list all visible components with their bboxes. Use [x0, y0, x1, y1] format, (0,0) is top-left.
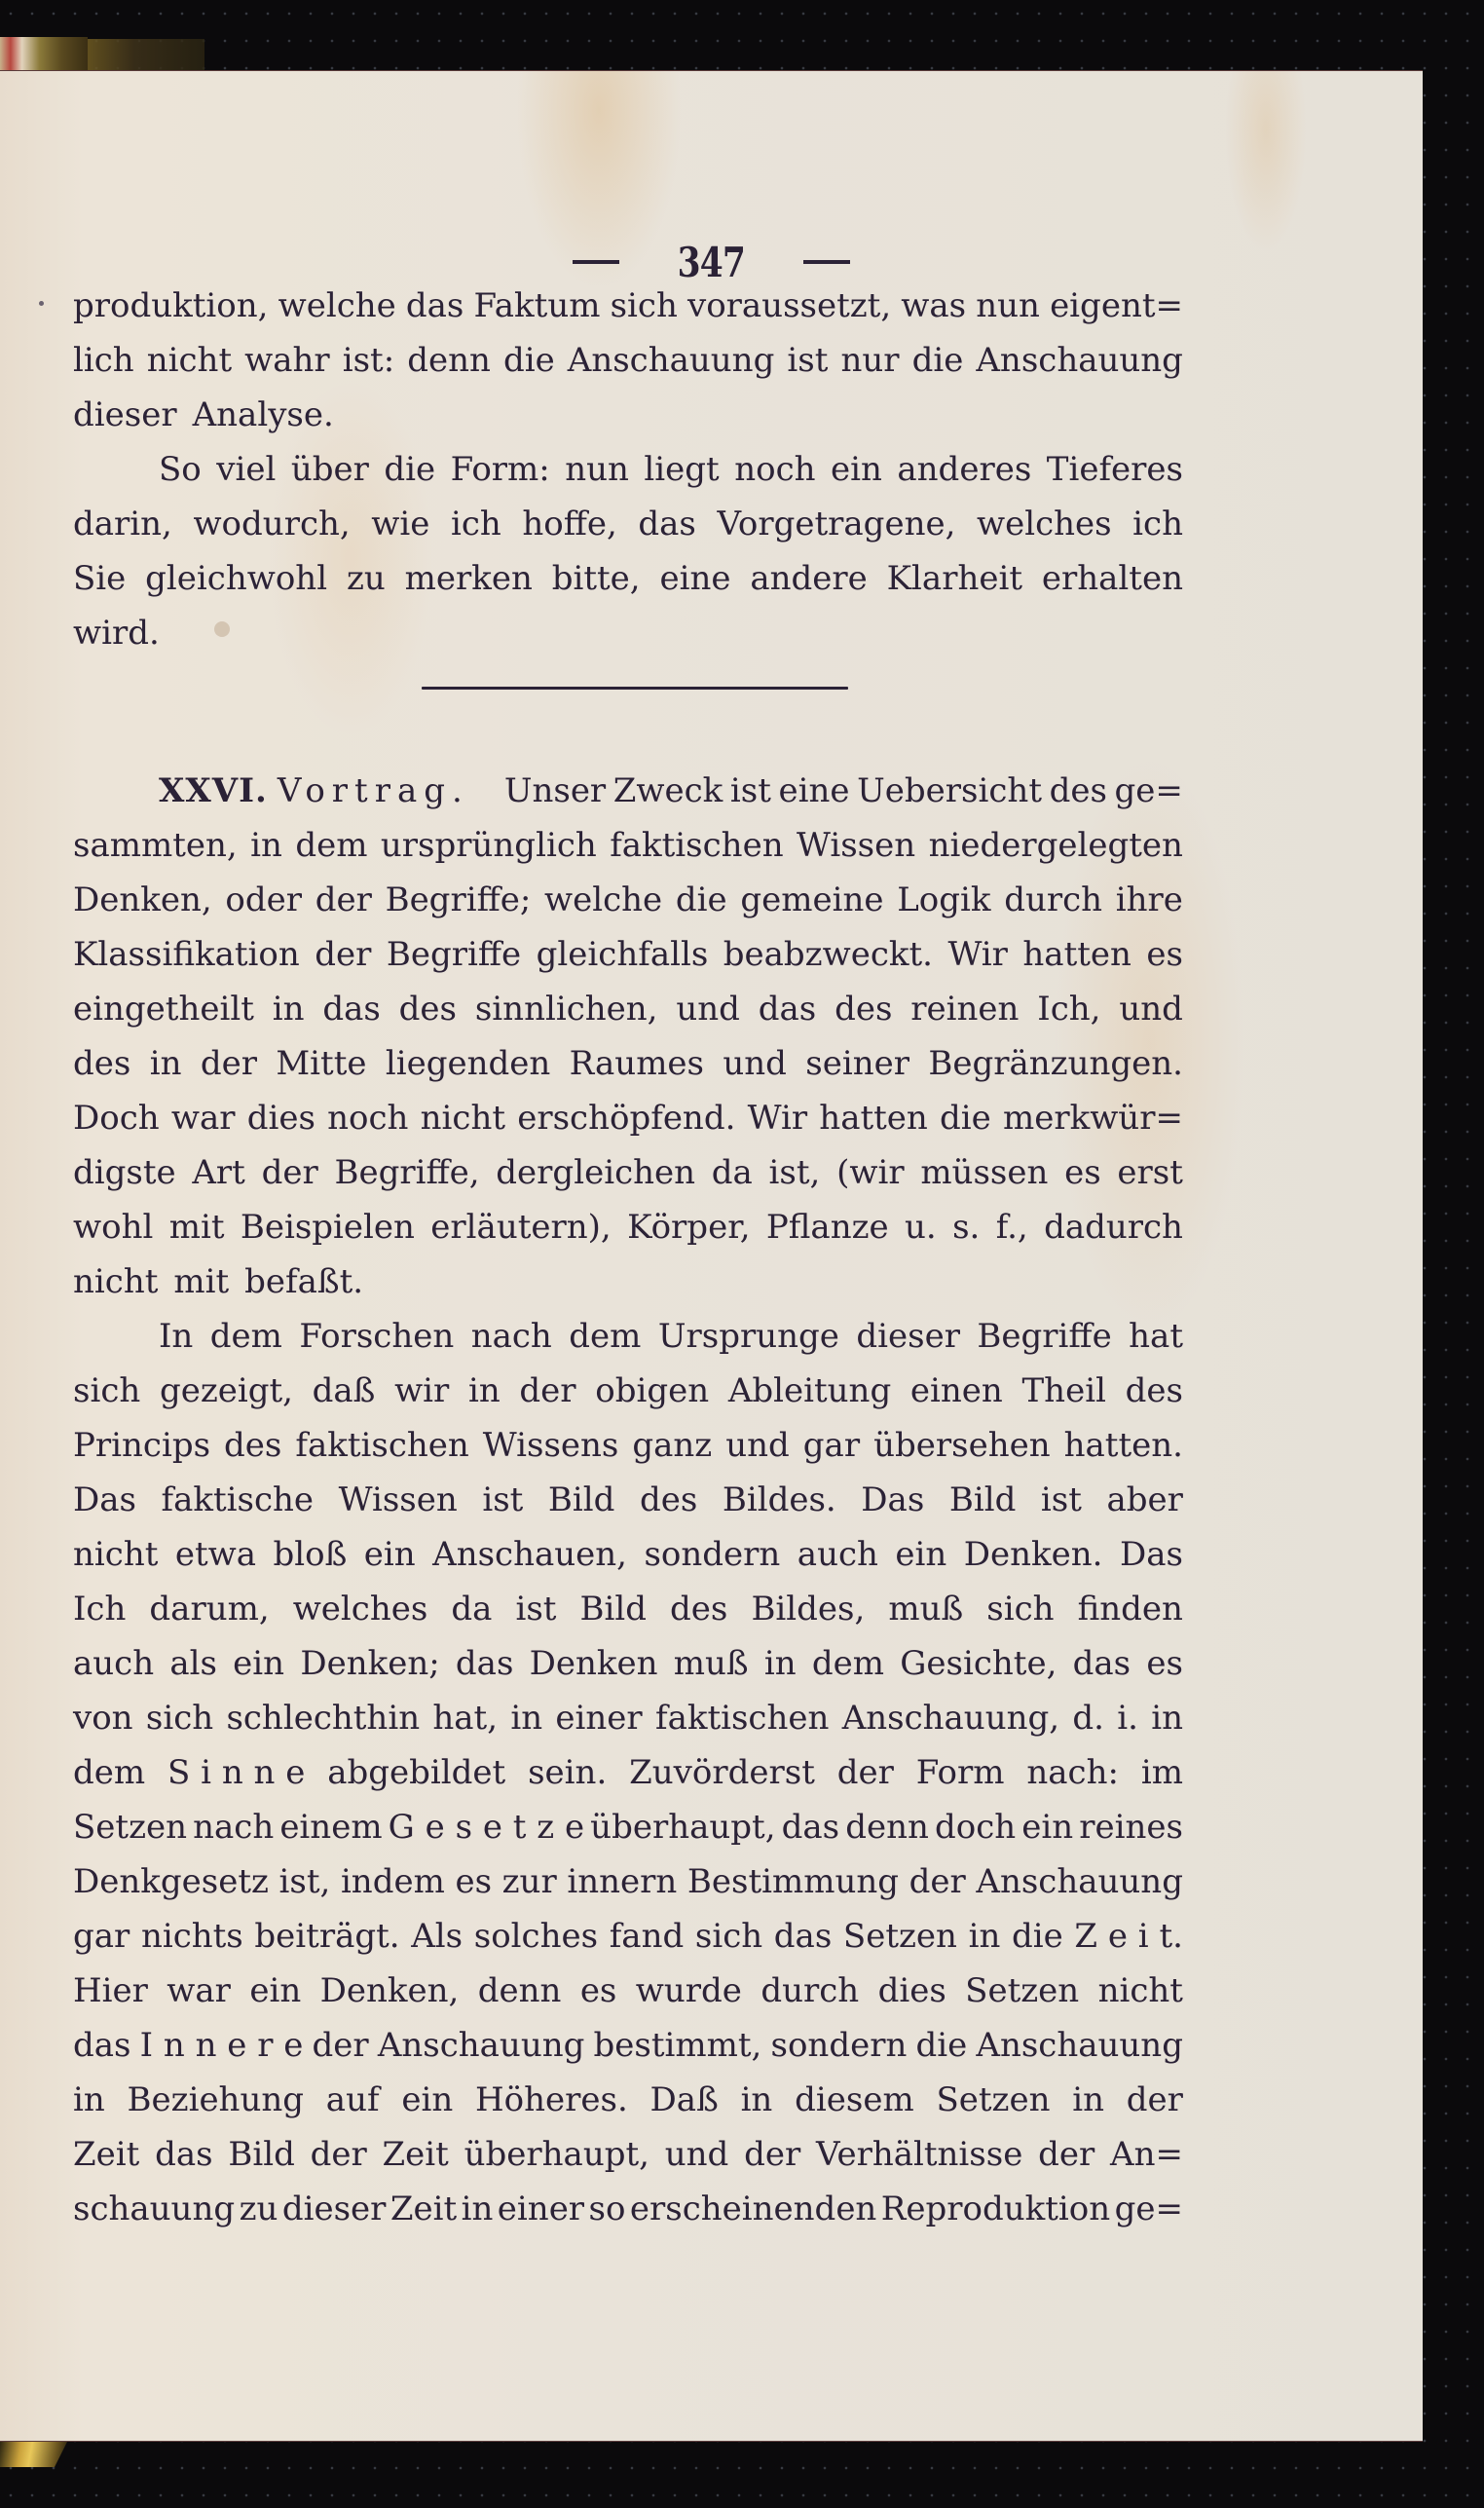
- word: Denken.: [964, 1527, 1103, 1582]
- word: d.: [1072, 1691, 1104, 1745]
- word: Raumes: [570, 1036, 704, 1091]
- word: Ursprunge: [658, 1309, 839, 1364]
- word: Zuvörderst: [629, 1745, 815, 1800]
- word: eingetheilt: [73, 982, 254, 1036]
- word: darum,: [149, 1582, 269, 1636]
- word: ist: [1041, 1473, 1082, 1527]
- word: eigent=: [1050, 279, 1183, 333]
- word: in: [1151, 1691, 1183, 1745]
- word: Zeit: [390, 2182, 457, 2236]
- word: gar: [803, 1418, 860, 1473]
- word: ein: [1021, 1800, 1073, 1854]
- word: Wissen: [797, 818, 915, 873]
- text-line: eingetheiltindasdessinnlichen,unddasdesr…: [73, 982, 1183, 1036]
- margin-mark: [39, 301, 44, 306]
- word: Setzen: [73, 1800, 187, 1854]
- word: wohl: [73, 1200, 153, 1254]
- word: des: [224, 1418, 281, 1473]
- word: denn: [478, 1964, 562, 2018]
- word: s.: [952, 1200, 980, 1254]
- word: des: [640, 1473, 697, 1527]
- text-line: digsteArtderBegriffe,dergleichendaist,(w…: [73, 1145, 1183, 1200]
- word: des: [1126, 1364, 1183, 1418]
- word: ein: [401, 2073, 453, 2127]
- word: des: [73, 1036, 130, 1091]
- lecture-title: Vortrag.: [278, 764, 469, 818]
- word: noch: [327, 1091, 408, 1145]
- word: der: [262, 1145, 318, 1200]
- word: welches: [977, 497, 1112, 551]
- word: in: [73, 2073, 105, 2127]
- word: solches: [474, 1909, 598, 1964]
- word: die: [384, 442, 435, 497]
- word: Bild: [580, 1582, 648, 1636]
- word: gar: [73, 1909, 130, 1964]
- word: Wissen: [339, 1473, 458, 1527]
- word: Mitte: [276, 1036, 366, 1091]
- text-line: DasfaktischeWissenistBilddesBildes.DasBi…: [73, 1473, 1183, 1527]
- word: Doch: [73, 1091, 160, 1145]
- word: gemeine: [740, 873, 883, 927]
- word: beabzweckt.: [723, 927, 933, 982]
- word: Z e i t.: [1074, 1909, 1183, 1964]
- word: erläutern),: [430, 1200, 611, 1254]
- word: sich: [986, 1582, 1054, 1636]
- word: einer: [498, 2182, 584, 2236]
- text-line: SetzennacheinemG e s e t z eüberhaupt,da…: [73, 1800, 1183, 1854]
- word: welches: [293, 1582, 428, 1636]
- word: nach: [471, 1309, 552, 1364]
- word: beiträgt.: [254, 1909, 399, 1964]
- word: die: [503, 333, 555, 388]
- word: Anschauung: [378, 2018, 585, 2073]
- word: niedergelegten: [929, 818, 1183, 873]
- word: bitte,: [552, 551, 641, 606]
- word: das: [322, 982, 380, 1036]
- word: aber: [1106, 1473, 1182, 1527]
- word: ein: [364, 1527, 416, 1582]
- text-line: sichgezeigt,daßwirinderobigenAbleitungei…: [73, 1364, 1183, 1418]
- word: Denken;: [300, 1636, 439, 1691]
- text-line: sammten,indemursprünglichfaktischenWisse…: [73, 818, 1183, 873]
- word: Faktum: [474, 279, 601, 333]
- word: nichts: [141, 1909, 243, 1964]
- word: faktische: [162, 1473, 315, 1527]
- word: wahr: [244, 333, 330, 388]
- word: der: [837, 1745, 894, 1800]
- text-line: Denkgesetzist,indemeszurinnernBestimmung…: [73, 1854, 1183, 1909]
- word: Das: [73, 1473, 136, 1527]
- book-page: 347 produktion,welchedasFaktumsichvoraus…: [0, 70, 1423, 2442]
- word: einem: [279, 1800, 382, 1854]
- word: dergleichen: [496, 1145, 695, 1200]
- word: An=: [1110, 2127, 1183, 2182]
- lecture-heading: XXVI. Vortrag.: [159, 764, 469, 818]
- word: zu: [240, 2182, 278, 2236]
- word: nun: [976, 279, 1040, 333]
- word: hat,: [432, 1691, 498, 1745]
- word: Als: [411, 1909, 463, 1964]
- word: Das: [1120, 1527, 1183, 1582]
- word: Daß: [650, 2073, 719, 2127]
- word: doch: [935, 1800, 1016, 1854]
- word: in: [250, 818, 282, 873]
- word: Wir: [748, 1091, 807, 1145]
- word: Logik: [897, 873, 990, 927]
- word: zu: [347, 551, 386, 606]
- word: anderes: [897, 442, 1031, 497]
- word: wir: [394, 1364, 449, 1418]
- word: das: [759, 982, 816, 1036]
- section-divider-rule: [422, 687, 848, 690]
- word: war: [167, 1964, 231, 2018]
- word: was: [901, 279, 966, 333]
- word: ist,: [279, 1854, 331, 1909]
- word: hatten: [1022, 927, 1132, 982]
- word: Denken,: [73, 873, 212, 927]
- text-line: dieserAnalyse.: [73, 388, 1183, 442]
- word: merkwür=: [1003, 1091, 1183, 1145]
- word: diesem: [795, 2073, 914, 2127]
- word: gleichfalls: [537, 927, 709, 982]
- word: die: [912, 333, 964, 388]
- word: erhalten: [1042, 551, 1183, 606]
- text-line: auchalseinDenken;dasDenkenmußindemGesich…: [73, 1636, 1183, 1691]
- word: darin,: [73, 497, 172, 551]
- gilt-book-edge-top-ornament: [88, 39, 204, 70]
- word: Uebersicht: [857, 764, 1042, 818]
- word: innern: [567, 1854, 677, 1909]
- word: gezeigt,: [160, 1364, 293, 1418]
- word: bloß: [273, 1527, 347, 1582]
- word: Körper,: [627, 1200, 750, 1254]
- word: nach: [193, 1800, 274, 1854]
- word: im: [1141, 1745, 1183, 1800]
- word: müssen: [920, 1145, 1048, 1200]
- word: des: [1050, 764, 1107, 818]
- word: Das: [861, 1473, 924, 1527]
- word: Begränzungen.: [928, 1036, 1183, 1091]
- word: als: [169, 1636, 217, 1691]
- word: wie: [371, 497, 429, 551]
- word: Klarheit: [887, 551, 1022, 606]
- word: dem: [210, 1309, 282, 1364]
- word: oder: [225, 873, 302, 927]
- word: eine: [779, 764, 850, 818]
- word: Tieferes: [1047, 442, 1183, 497]
- word: mit: [173, 1254, 229, 1309]
- word: Wir: [947, 927, 1007, 982]
- word: Klassifikation: [73, 927, 300, 982]
- word: Anschauung,: [842, 1691, 1059, 1745]
- word: ist: [787, 333, 828, 388]
- word: der: [1038, 2127, 1094, 2182]
- text-line: Denken,oderderBegriffe;welchediegemeineL…: [73, 873, 1183, 927]
- word: das: [73, 2018, 130, 2073]
- word: sich: [146, 1691, 213, 1745]
- word: Zeit: [73, 2127, 139, 2182]
- word: durch: [1004, 873, 1102, 927]
- word: fand: [610, 1909, 685, 1964]
- word: Form:: [451, 442, 550, 497]
- word: G e s e t z e: [389, 1800, 584, 1854]
- word: Begriffe;: [386, 873, 532, 927]
- word: das: [782, 1800, 839, 1854]
- word: muß: [888, 1582, 963, 1636]
- text-line: nichtmitbefaßt.: [73, 1254, 1183, 1309]
- word: Anschauung: [976, 2018, 1183, 2073]
- word: überhaupt,: [590, 1800, 775, 1854]
- word: schauung: [73, 2182, 235, 2236]
- text-line: desinderMitteliegendenRaumesundseinerBeg…: [73, 1036, 1183, 1091]
- word: Setzen: [936, 2073, 1050, 2127]
- word: voraussetzt,: [687, 279, 891, 333]
- word: Sie: [73, 551, 126, 606]
- word: da: [712, 1145, 753, 1200]
- word: nicht: [73, 1527, 158, 1582]
- word: (wir: [836, 1145, 905, 1200]
- word: produktion,: [73, 279, 268, 333]
- word: das: [1073, 1636, 1131, 1691]
- word: wurde: [636, 1964, 742, 2018]
- word: wodurch,: [193, 497, 350, 551]
- word: dem: [569, 1309, 641, 1364]
- word: des: [670, 1582, 727, 1636]
- word: sich: [611, 279, 678, 333]
- word: Ich: [73, 1582, 126, 1636]
- word: Ableitung: [728, 1364, 891, 1418]
- text-line: vonsichschlechthinhat,ineinerfaktischenA…: [73, 1691, 1183, 1745]
- word: in: [741, 2073, 773, 2127]
- text-line: Siegleichwohlzumerkenbitte,eineandereKla…: [73, 551, 1183, 606]
- text-line: KlassifikationderBegriffegleichfallsbeab…: [73, 927, 1183, 982]
- word: die: [940, 1091, 991, 1145]
- word: dem: [812, 1636, 884, 1691]
- word: Bildes,: [751, 1582, 865, 1636]
- word: des: [399, 982, 457, 1036]
- word: auch: [73, 1636, 154, 1691]
- word: in: [764, 1636, 797, 1691]
- word: es: [455, 1854, 492, 1909]
- word: So: [159, 442, 202, 497]
- word: welche: [278, 279, 396, 333]
- word: Anschauen,: [432, 1527, 627, 1582]
- text-line: inBeziehungaufeinHöheres.DaßindiesemSetz…: [73, 2073, 1183, 2127]
- word: Forschen: [299, 1309, 454, 1364]
- word: Unser: [504, 764, 606, 818]
- text-line: produktion,welchedasFaktumsichvoraussetz…: [73, 279, 1183, 333]
- word: Verhältnisse: [816, 2127, 1022, 2182]
- word: das: [638, 497, 695, 551]
- word: faktischen: [610, 818, 783, 873]
- word: hatten.: [1064, 1418, 1183, 1473]
- word: über: [291, 442, 369, 497]
- word: da: [451, 1582, 492, 1636]
- word: Begriffe: [977, 1309, 1111, 1364]
- word: hoffe,: [522, 497, 616, 551]
- word: ist: [730, 764, 771, 818]
- lecture-number: XXVI.: [159, 764, 268, 818]
- word: auf: [326, 2073, 380, 2127]
- word: Wissens: [483, 1418, 619, 1473]
- word: hatten: [819, 1091, 928, 1145]
- word: reinen: [910, 982, 1019, 1036]
- word: seiner: [805, 1036, 909, 1091]
- word: Pflanze: [766, 1200, 889, 1254]
- word: ein: [831, 442, 882, 497]
- word: der: [909, 1854, 966, 1909]
- word: erschöpfend.: [517, 1091, 735, 1145]
- word: übersehen: [873, 1418, 1051, 1473]
- text-line: SovielüberdieForm:nunliegtnocheinanderes…: [159, 442, 1183, 497]
- word: es: [1146, 927, 1183, 982]
- word: sich: [73, 1364, 140, 1418]
- word: I n n e r e: [140, 2018, 304, 2073]
- word: Analyse.: [193, 388, 334, 442]
- word: Bestimmung: [687, 1854, 899, 1909]
- word: liegenden: [386, 1036, 550, 1091]
- word: Zeit: [383, 2127, 449, 2182]
- word: schlechthin: [226, 1691, 420, 1745]
- word: nun: [565, 442, 629, 497]
- word: durch: [761, 1964, 859, 2018]
- text-line: dasI n n e r ederAnschauungbestimmt,sond…: [73, 2018, 1183, 2073]
- word: war: [171, 1091, 236, 1145]
- word: der: [744, 2127, 800, 2182]
- word: u.: [905, 1200, 937, 1254]
- word: ganz: [632, 1418, 712, 1473]
- word: Anschauung: [568, 333, 775, 388]
- word: und: [1119, 982, 1183, 1036]
- word: ist: [515, 1582, 556, 1636]
- word: das: [456, 1636, 513, 1691]
- word: lich: [73, 333, 134, 388]
- word: indem: [341, 1854, 445, 1909]
- word: Princips: [73, 1418, 210, 1473]
- word: und: [723, 1036, 787, 1091]
- word: denn: [845, 1800, 929, 1854]
- word: ursprünglich: [381, 818, 597, 873]
- text-line: wohlmitBeispielenerläutern),Körper,Pflan…: [73, 1200, 1183, 1254]
- word: Ich,: [1037, 982, 1100, 1036]
- word: Denken: [530, 1636, 658, 1691]
- word: f.,: [996, 1200, 1028, 1254]
- word: Bild: [548, 1473, 615, 1527]
- word: Anschauung: [976, 1854, 1183, 1909]
- text-line: Dochwardiesnochnichterschöpfend.Wirhatte…: [73, 1091, 1183, 1145]
- word: die: [676, 873, 727, 927]
- word: Hier: [73, 1964, 148, 2018]
- word: faktischen: [295, 1418, 468, 1473]
- word: der: [315, 873, 372, 927]
- word: und: [665, 2127, 729, 2182]
- word: so: [589, 2182, 626, 2236]
- word: welche: [544, 873, 662, 927]
- word: nicht: [421, 1091, 505, 1145]
- word: In: [159, 1309, 193, 1364]
- word: merken: [405, 551, 533, 606]
- word: erscheinenden: [630, 2182, 876, 2236]
- word: ein: [249, 1964, 301, 2018]
- word: eine: [659, 551, 730, 606]
- word: das: [406, 279, 464, 333]
- word: Begriffe: [387, 927, 521, 982]
- word: Höheres.: [475, 2073, 628, 2127]
- word: Anschauung: [976, 333, 1183, 388]
- word: Form: [916, 1745, 1005, 1800]
- word: dies: [247, 1091, 315, 1145]
- text-line: darin,wodurch,wieichhoffe,dasVorgetragen…: [73, 497, 1183, 551]
- word: etwa: [175, 1527, 256, 1582]
- word: bestimmt,: [594, 2018, 762, 2073]
- word: es: [580, 1964, 617, 2018]
- word: einen: [910, 1364, 1003, 1418]
- word: nicht: [1098, 1964, 1183, 2018]
- word: Reproduktion: [881, 2182, 1110, 2236]
- text-line: IndemForschennachdemUrsprungedieserBegri…: [159, 1309, 1183, 1364]
- word: Beziehung: [128, 2073, 304, 2127]
- text-line: wird.: [73, 606, 1183, 660]
- word: wird.: [73, 606, 160, 660]
- word: Zweck: [613, 764, 723, 818]
- word: S i n n e: [167, 1745, 305, 1800]
- word: Bildes.: [723, 1473, 836, 1527]
- word: in: [468, 1364, 501, 1418]
- word: finden: [1078, 1582, 1183, 1636]
- word: in: [273, 982, 305, 1036]
- lecture-first-line-text: UnserZweckisteineUebersichtdesge=: [504, 764, 1183, 818]
- text-line: HierwareinDenken,denneswurdedurchdiesSet…: [73, 1964, 1183, 2018]
- word: ist: [482, 1473, 523, 1527]
- word: nur: [840, 333, 899, 388]
- text-line: schauungzudieserZeitineinersoerscheinend…: [73, 2182, 1183, 2236]
- word: der: [311, 2127, 367, 2182]
- word: es: [1064, 1145, 1101, 1200]
- word: Setzen: [843, 1909, 957, 1964]
- word: ich: [1132, 497, 1183, 551]
- word: des: [835, 982, 892, 1036]
- word: der: [519, 1364, 575, 1418]
- word: in: [510, 1691, 542, 1745]
- word: abgebildet: [327, 1745, 505, 1800]
- word: dieser: [856, 1309, 960, 1364]
- word: reines: [1079, 1800, 1183, 1854]
- word: nicht: [73, 1254, 158, 1309]
- word: die: [1012, 1909, 1063, 1964]
- word: dies: [878, 1964, 946, 2018]
- word: sein.: [528, 1745, 607, 1800]
- word: ge=: [1115, 764, 1183, 818]
- word: dem: [295, 818, 367, 873]
- word: der: [201, 1036, 257, 1091]
- word: erst: [1117, 1145, 1183, 1200]
- word: ein: [233, 1636, 284, 1691]
- word: sinnlichen,: [475, 982, 658, 1036]
- word: es: [1146, 1636, 1183, 1691]
- word: Denkgesetz: [73, 1854, 269, 1909]
- word: viel: [216, 442, 276, 497]
- word: muß: [674, 1636, 749, 1691]
- word: auch: [798, 1527, 878, 1582]
- word: in: [462, 2182, 494, 2236]
- word: Beispielen: [241, 1200, 415, 1254]
- word: und: [676, 982, 740, 1036]
- word: dem: [73, 1745, 145, 1800]
- word: hat: [1129, 1309, 1183, 1364]
- word: nach:: [1026, 1745, 1119, 1800]
- text-line: PrincipsdesfaktischenWissensganzundgarüb…: [73, 1418, 1183, 1473]
- word: und: [725, 1418, 790, 1473]
